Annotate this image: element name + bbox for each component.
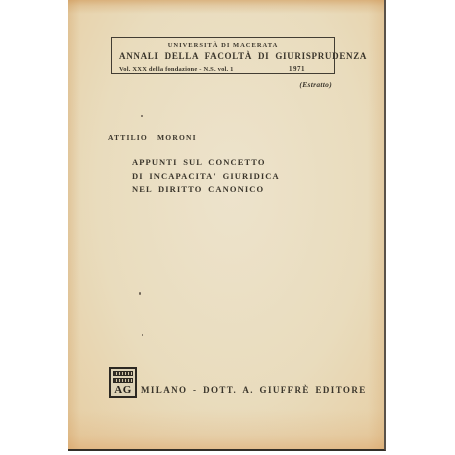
dust-speck xyxy=(142,334,143,336)
giuffre-publisher-logo: AG xyxy=(109,367,137,398)
cover-page: UNIVERSITÀ DI MACERATA ANNALI DELLA FACO… xyxy=(68,0,386,451)
series-title: ANNALI DELLA FACOLTÀ DI GIURISPRUDENZA xyxy=(119,51,327,61)
dust-speck xyxy=(139,292,141,295)
title-line: NEL DIRITTO CANONICO xyxy=(132,183,280,197)
estratto-note: (Estratto) xyxy=(299,80,332,89)
title-block: APPUNTI SUL CONCETTO DI INCAPACITA' GIUR… xyxy=(132,156,280,197)
title-line: APPUNTI SUL CONCETTO xyxy=(132,156,280,170)
volume-info: Vol. XXX della fondazione - N.S. vol. 1 xyxy=(119,66,234,73)
publication-year: 1971 xyxy=(289,65,327,73)
volume-year-row: Vol. XXX della fondazione - N.S. vol. 1 … xyxy=(119,65,327,73)
logo-bar-decoration xyxy=(113,378,133,383)
dust-speck xyxy=(141,115,143,117)
title-line: DI INCAPACITA' GIURIDICA xyxy=(132,170,280,184)
logo-monogram: AG xyxy=(113,385,133,396)
scan-background: UNIVERSITÀ DI MACERATA ANNALI DELLA FACO… xyxy=(0,0,455,455)
publisher-imprint: MILANO - DOTT. A. GIUFFRÈ EDITORE xyxy=(141,385,367,395)
university-name: UNIVERSITÀ DI MACERATA xyxy=(119,42,327,49)
author-name: ATTILIO MORONI xyxy=(108,133,197,142)
series-header-box: UNIVERSITÀ DI MACERATA ANNALI DELLA FACO… xyxy=(111,37,335,74)
logo-bar-decoration xyxy=(113,371,133,376)
